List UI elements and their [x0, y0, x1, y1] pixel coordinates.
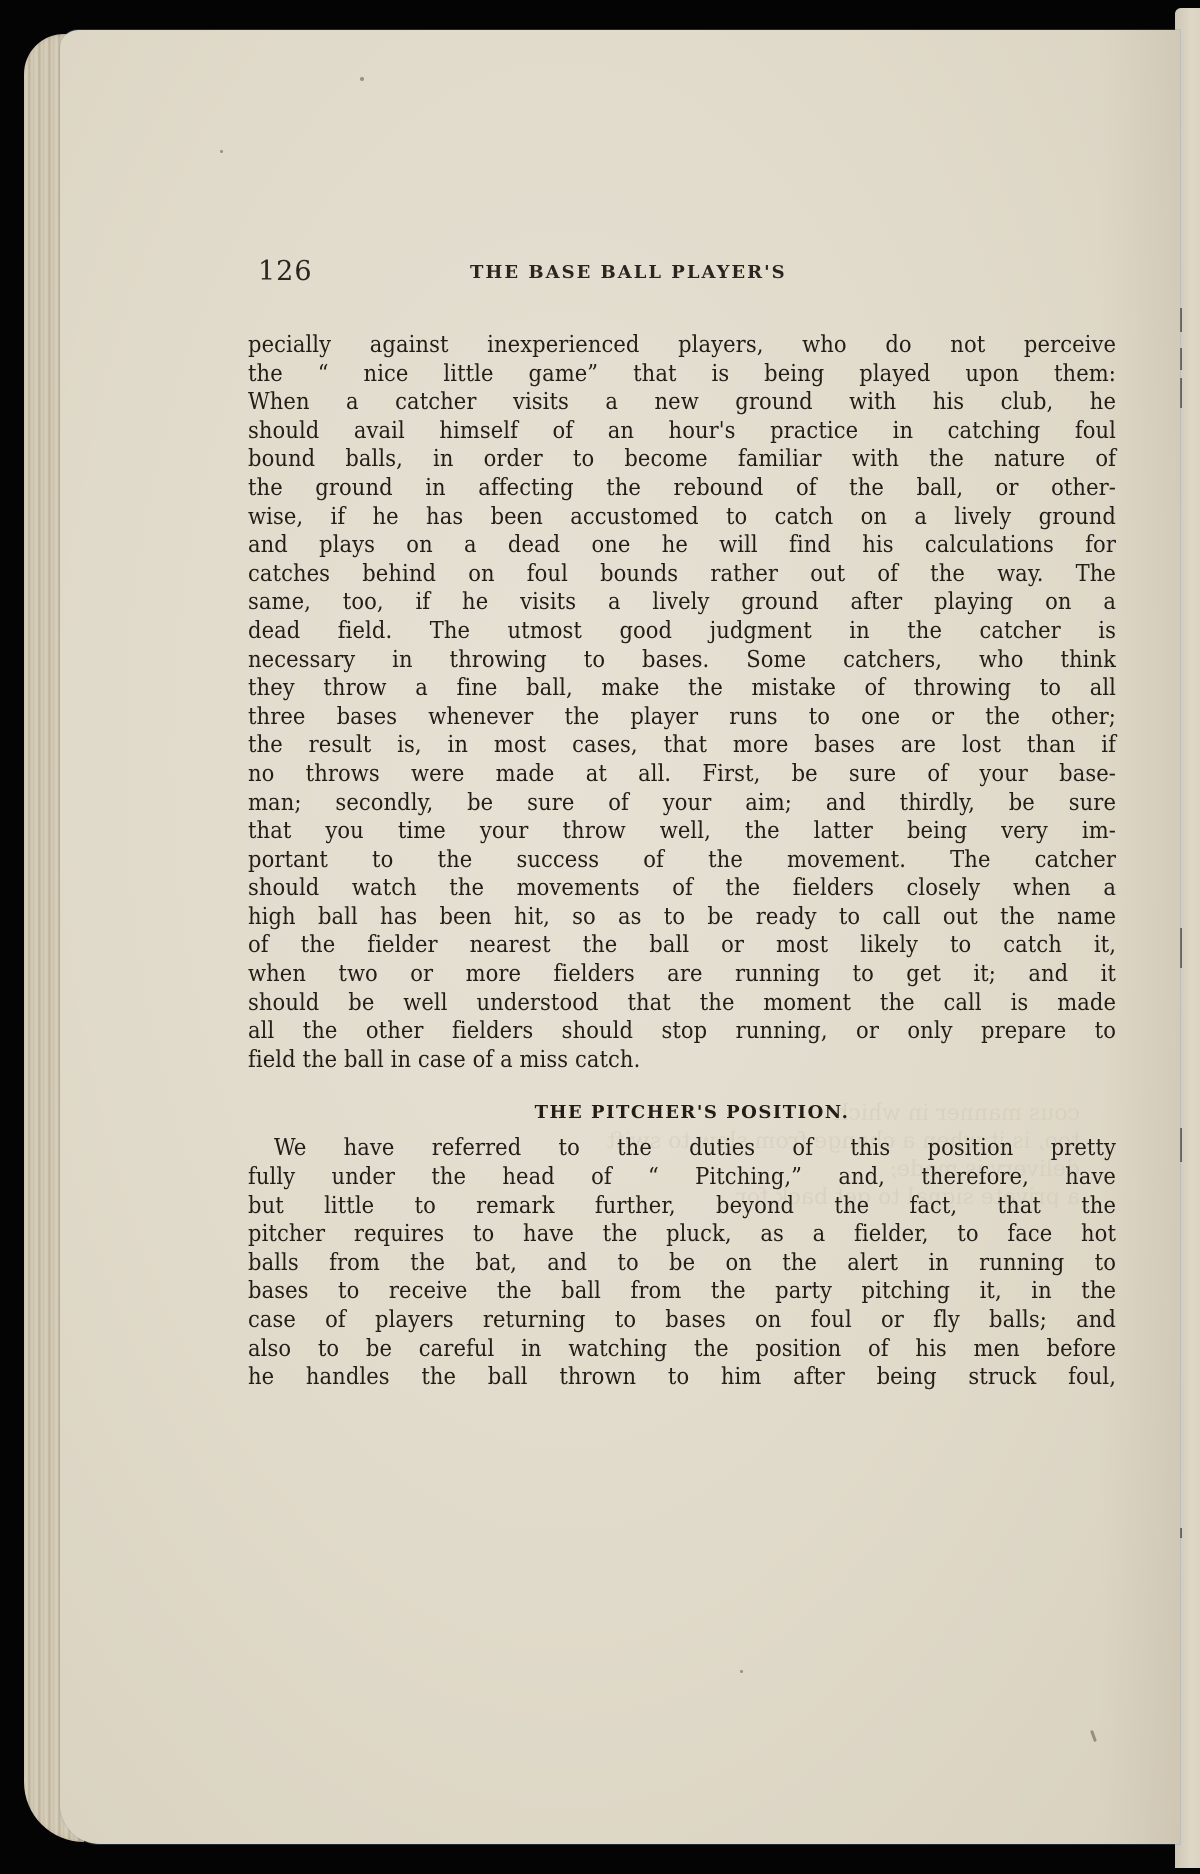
text-line: dead field. The utmost good judgment in …	[248, 616, 1116, 645]
text-line: same, too, if he visits a lively ground …	[248, 587, 1116, 616]
text-line: he handles the ball thrown to him after …	[248, 1362, 1116, 1391]
text-line: the result is, in most cases, that more …	[248, 730, 1116, 759]
paper-speck	[740, 1670, 743, 1673]
text-line: pecially against inexperienced players, …	[248, 330, 1116, 359]
page-header: 126 THE BASE BALL PLAYER'S	[258, 256, 1118, 288]
paper-speck	[360, 77, 364, 81]
section-heading: THE PITCHER'S POSITION.	[248, 1093, 1116, 1129]
text-line: of the fielder nearest the ball or most …	[248, 930, 1116, 959]
paragraph-pitcher: We have referred to the duties of this p…	[248, 1133, 1116, 1390]
text-line: three bases whenever the player runs to …	[248, 702, 1116, 731]
text-line: fully under the head of “ Pitching,” and…	[248, 1162, 1116, 1191]
text-line: field the ball in case of a miss catch.	[248, 1045, 1116, 1074]
text-line: high ball has been hit, so as to be read…	[248, 902, 1116, 931]
text-line: necessary in throwing to bases. Some cat…	[248, 645, 1116, 674]
text-line: should be well understood that the momen…	[248, 988, 1116, 1017]
text-line: but little to remark further, beyond the…	[248, 1191, 1116, 1220]
text-line: catches behind on foul bounds rather out…	[248, 559, 1116, 588]
text-line: balls from the bat, and to be on the ale…	[248, 1248, 1116, 1277]
text-line: they throw a fine ball, make the mistake…	[248, 673, 1116, 702]
text-line: should avail himself of an hour's practi…	[248, 416, 1116, 445]
text-line: case of players returning to bases on fo…	[248, 1305, 1116, 1334]
text-line: portant to the success of the movement. …	[248, 845, 1116, 874]
text-line: that you time your throw well, the latte…	[248, 816, 1116, 845]
page-number: 126	[258, 256, 313, 287]
text-line: man; secondly, be sure of your aim; and …	[248, 788, 1116, 817]
text-line: bound balls, in order to become familiar…	[248, 444, 1116, 473]
paper-speck	[220, 150, 223, 153]
text-line: should watch the movements of the fielde…	[248, 873, 1116, 902]
text-line: pitcher requires to have the pluck, as a…	[248, 1219, 1116, 1248]
text-line: when two or more fielders are running to…	[248, 959, 1116, 988]
text-line: the “ nice little game” that is being pl…	[248, 359, 1116, 388]
text-line: When a catcher visits a new ground with …	[248, 387, 1116, 416]
body-text: pecially against inexperienced players, …	[248, 330, 1116, 1391]
running-head: THE BASE BALL PLAYER'S	[470, 262, 787, 283]
text-line: the ground in affecting the rebound of t…	[248, 473, 1116, 502]
text-line: We have referred to the duties of this p…	[248, 1133, 1116, 1162]
paper-speck	[1090, 1730, 1097, 1742]
text-line: no throws were made at all. First, be su…	[248, 759, 1116, 788]
text-line: wise, if he has been accustomed to catch…	[248, 502, 1116, 531]
book-photo: cous manner in which too, is it when a c…	[0, 0, 1200, 1874]
text-line: all the other fielders should stop runni…	[248, 1016, 1116, 1045]
text-line: also to be careful in watching the posit…	[248, 1334, 1116, 1363]
paragraph-catcher: pecially against inexperienced players, …	[248, 330, 1116, 1073]
text-line: and plays on a dead one he will find his…	[248, 530, 1116, 559]
text-line: bases to receive the ball from the party…	[248, 1276, 1116, 1305]
